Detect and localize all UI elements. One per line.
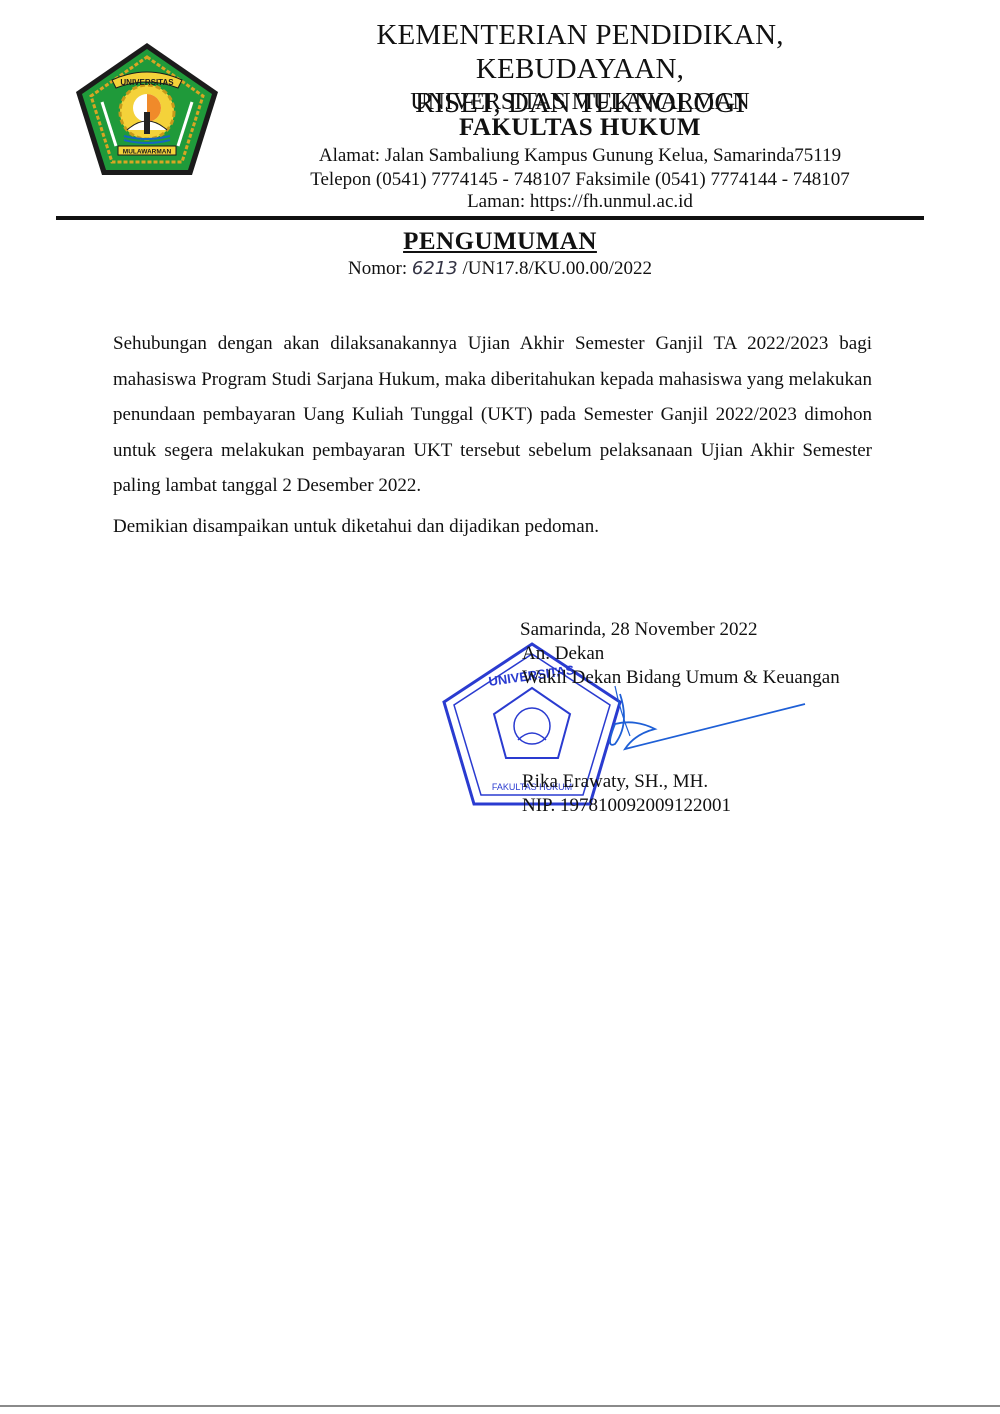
closing-sentence: Demikian disampaikan untuk diketahui dan… <box>113 516 599 538</box>
svg-text:UNIVERSITAS: UNIVERSITAS <box>120 78 174 87</box>
letterhead-divider <box>56 216 924 220</box>
website: Laman: https://fh.unmul.ac.id <box>270 190 890 214</box>
signer-position: Wakil Dekan Bidang Umum & Keuangan <box>522 666 840 690</box>
document-title: PENGUMUMAN <box>0 228 1000 256</box>
number-handwritten: 6213 <box>412 258 458 279</box>
body-paragraph: Sehubungan dengan akan dilaksanakannya U… <box>113 326 872 504</box>
signer-nip: NIP. 197810092009122001 <box>522 794 840 818</box>
document-number: Nomor: 6213 /UN17.8/KU.00.00/2022 <box>0 258 1000 280</box>
announcement-body: Sehubungan dengan akan dilaksanakannya U… <box>113 326 872 504</box>
number-suffix: /UN17.8/KU.00.00/2022 <box>458 258 652 279</box>
address: Alamat: Jalan Sambaliung Kampus Gunung K… <box>270 144 890 168</box>
number-label: Nomor: <box>348 258 407 279</box>
signer-name: Rika Erawaty, SH., MH. <box>522 770 840 794</box>
faculty-name: FAKULTAS HUKUM <box>270 114 890 142</box>
phone-fax: Telepon (0541) 7774145 - 748107 Faksimil… <box>270 168 890 192</box>
ministry-line-1: KEMENTERIAN PENDIDIKAN, KEBUDAYAAN, <box>270 18 890 86</box>
on-behalf: An. Dekan <box>522 642 840 666</box>
university-name: UNIVERSITAS MULAWARMAN <box>270 88 890 116</box>
signature-block: Samarinda, 28 November 2022 An. Dekan Wa… <box>520 618 840 818</box>
page-edge-line <box>0 1405 1000 1407</box>
svg-text:MULAWARMAN: MULAWARMAN <box>123 149 172 156</box>
place-date: Samarinda, 28 November 2022 <box>520 618 840 642</box>
university-emblem-icon: UNIVERSITAS MULAWARMAN <box>72 40 222 180</box>
